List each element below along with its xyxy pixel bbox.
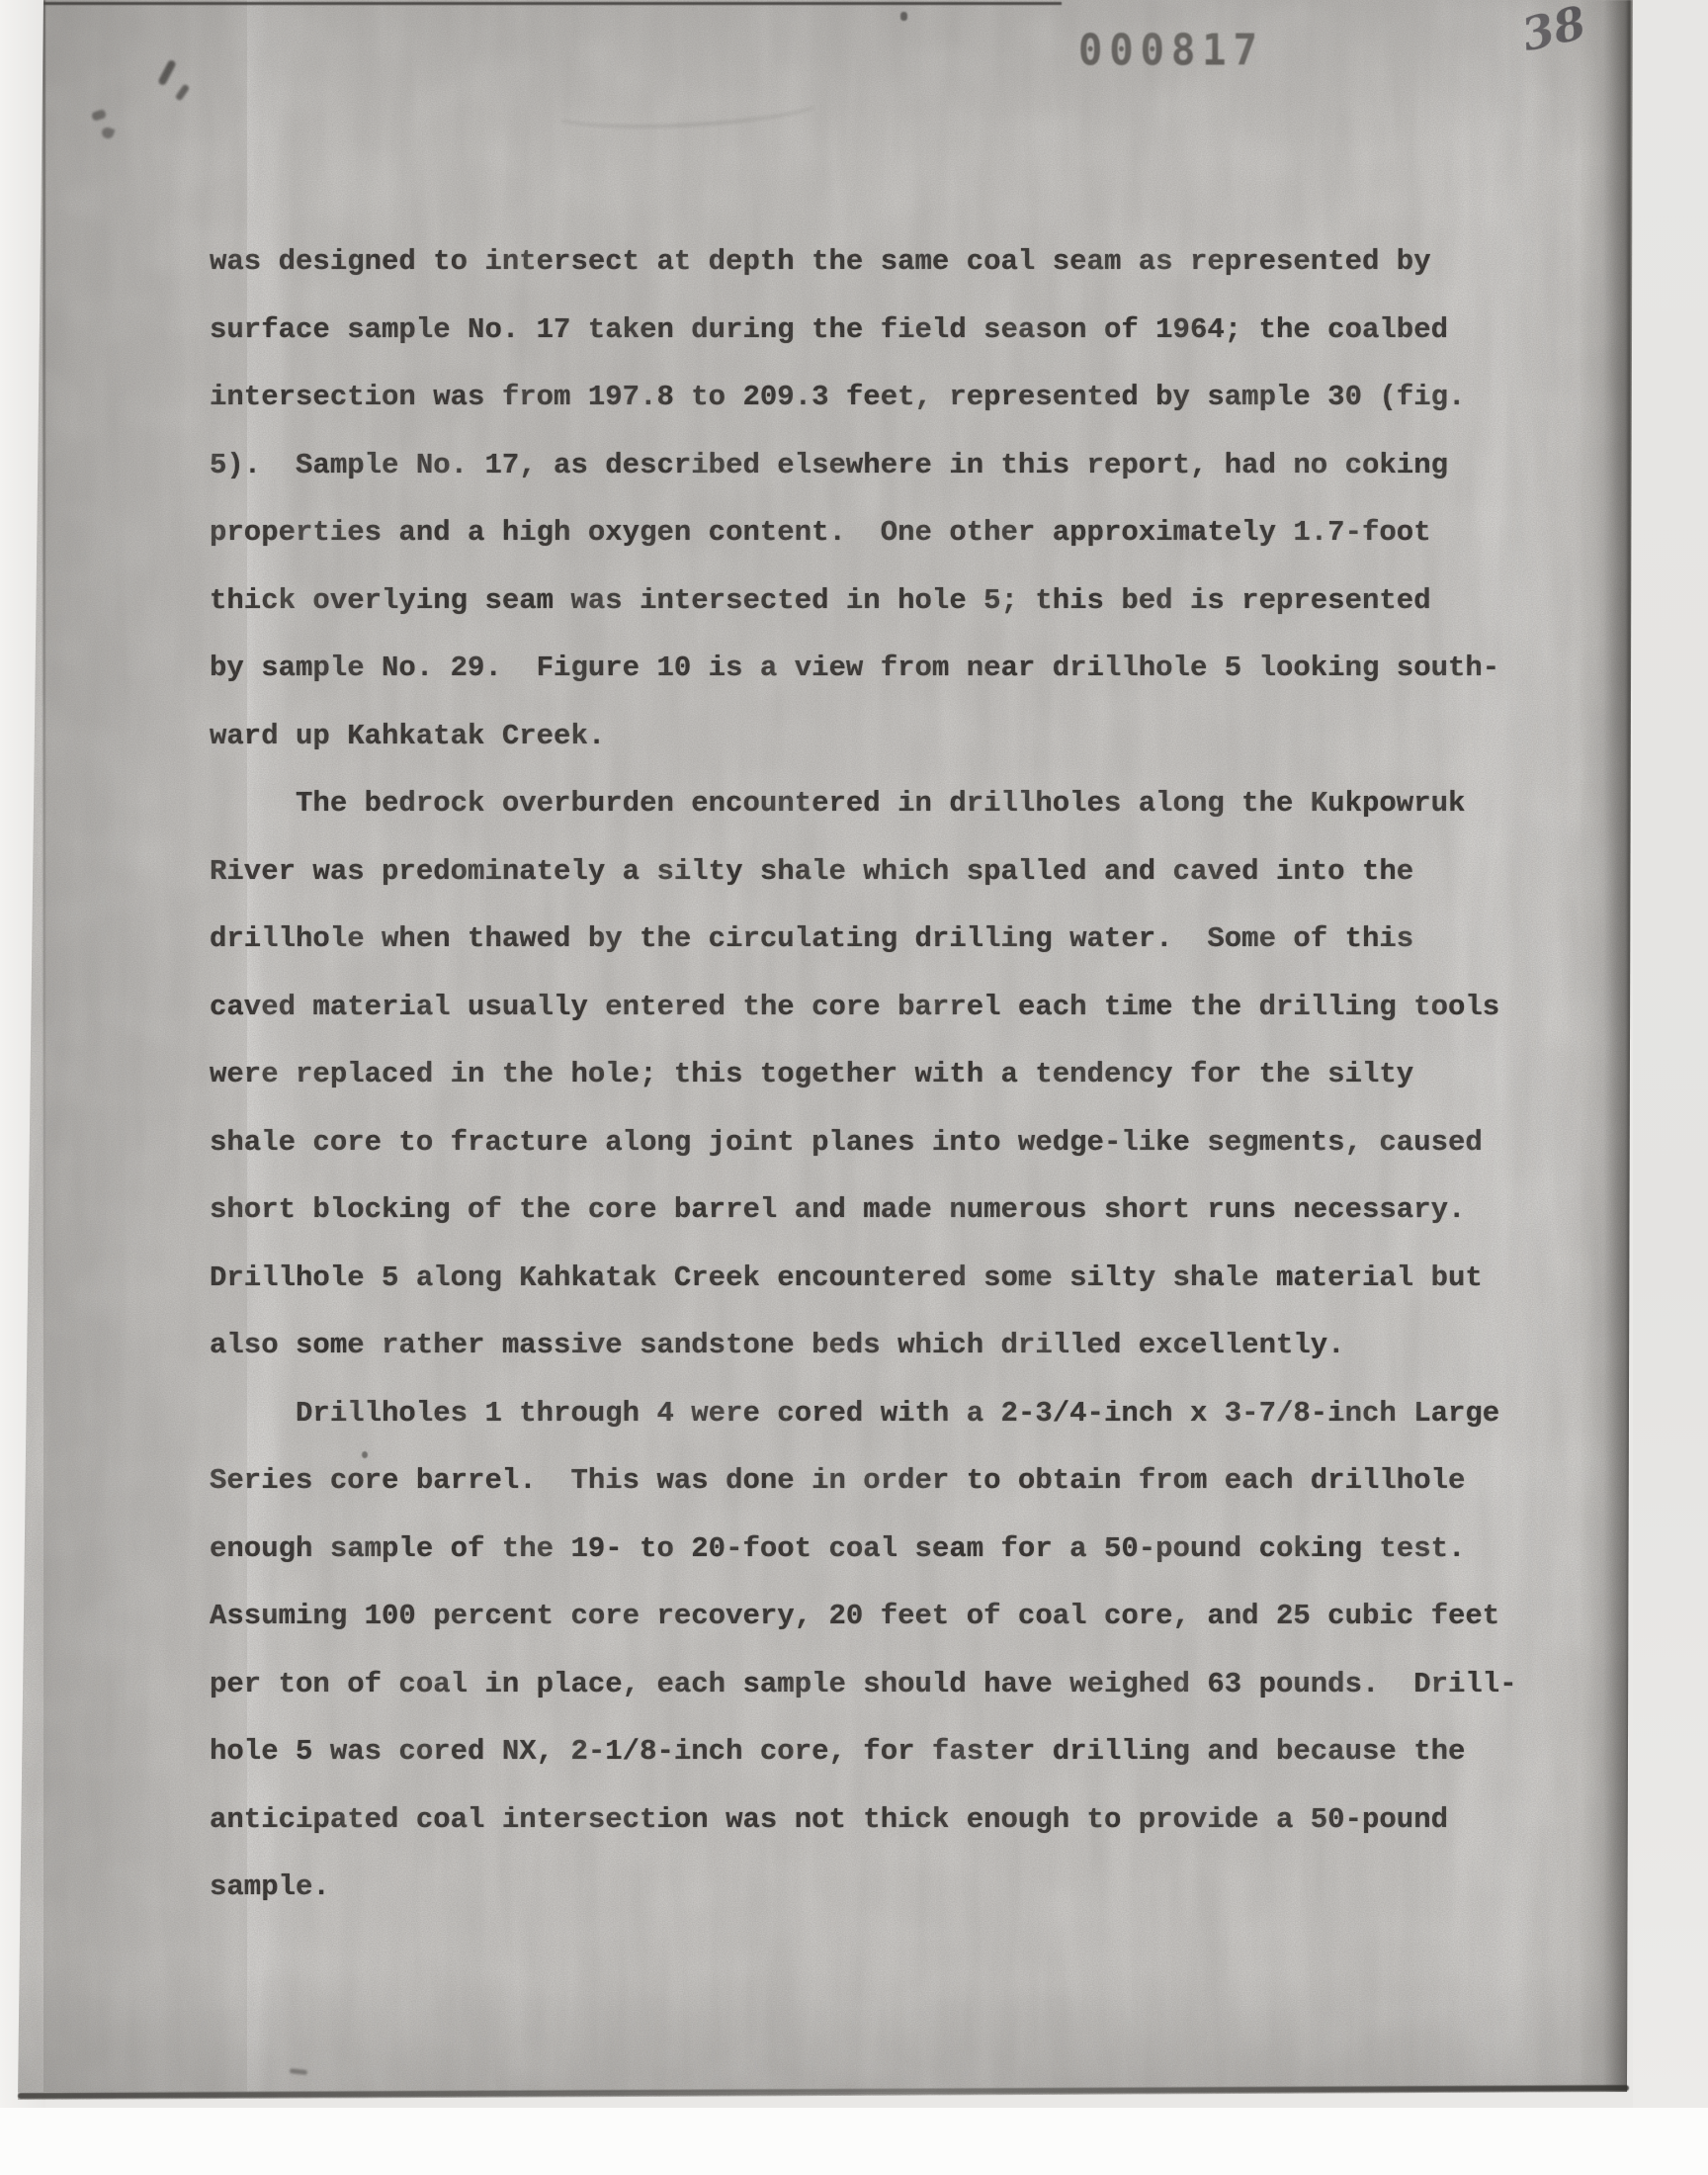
scan-shading-bottom xyxy=(18,1967,1629,2092)
faint-pencil-squiggle xyxy=(548,80,827,134)
text-line: thick overlying seam was intersected in … xyxy=(210,567,1534,636)
text-line: enough sample of the 19- to 20-foot coal… xyxy=(210,1516,1534,1584)
typewritten-text: was designed to intersect at depth the s… xyxy=(210,228,1534,1922)
text-line: sample. xyxy=(210,1854,1534,1922)
ink-speck xyxy=(290,2068,307,2075)
ink-smudge xyxy=(100,126,115,139)
text-line: short blocking of the core barrel and ma… xyxy=(210,1176,1534,1245)
text-line: 5). Sample No. 17, as described elsewher… xyxy=(210,432,1534,500)
scanner-bed-right-strip xyxy=(1633,0,1708,2108)
handwritten-page-number: 38 xyxy=(1517,0,1591,62)
text-line: also some rather massive sandstone beds … xyxy=(210,1312,1534,1380)
paper-top-edge-line xyxy=(43,2,1062,5)
scanned-document-page: 000817 38 was designed to intersect at d… xyxy=(0,0,1708,2175)
text-line: anticipated coal intersection was not th… xyxy=(210,1786,1534,1855)
text-line: intersection was from 197.8 to 209.3 fee… xyxy=(210,364,1534,432)
text-line: The bedrock overburden encountered in dr… xyxy=(210,770,1534,838)
ink-speck xyxy=(900,12,907,21)
text-line: shale core to fracture along joint plane… xyxy=(210,1109,1534,1177)
text-line: Drillhole 5 along Kahkatak Creek encount… xyxy=(210,1245,1534,1313)
text-line: Series core barrel. This was done in ord… xyxy=(210,1447,1534,1516)
text-line: Drillholes 1 through 4 were cored with a… xyxy=(210,1380,1534,1448)
ink-smudge xyxy=(157,59,177,87)
ink-smudge xyxy=(91,109,107,122)
paper-right-edge-shadow xyxy=(1580,0,1633,2092)
text-line: was designed to intersect at depth the s… xyxy=(210,228,1534,297)
text-line: were replaced in the hole; this together… xyxy=(210,1041,1534,1109)
text-line: per ton of coal in place, each sample sh… xyxy=(210,1651,1534,1719)
paper-left-edge-line xyxy=(43,0,45,1384)
text-line: properties and a high oxygen content. On… xyxy=(210,499,1534,567)
text-line: River was predominately a silty shale wh… xyxy=(210,838,1534,907)
text-line: drillhole when thawed by the circulating… xyxy=(210,906,1534,974)
text-line: ward up Kahkatak Creek. xyxy=(210,703,1534,771)
text-line: by sample No. 29. Figure 10 is a view fr… xyxy=(210,635,1534,703)
text-line: surface sample No. 17 taken during the f… xyxy=(210,297,1534,365)
archive-stamp-number: 000817 xyxy=(1078,25,1264,75)
ink-smudge xyxy=(175,84,190,102)
text-line: Assuming 100 percent core recovery, 20 f… xyxy=(210,1583,1534,1651)
scan-shading-top xyxy=(43,0,1633,158)
text-line: hole 5 was cored NX, 2-1/8-inch core, fo… xyxy=(210,1718,1534,1786)
text-line: caved material usually entered the core … xyxy=(210,974,1534,1042)
paper-sheet: 000817 38 was designed to intersect at d… xyxy=(0,0,1708,2108)
